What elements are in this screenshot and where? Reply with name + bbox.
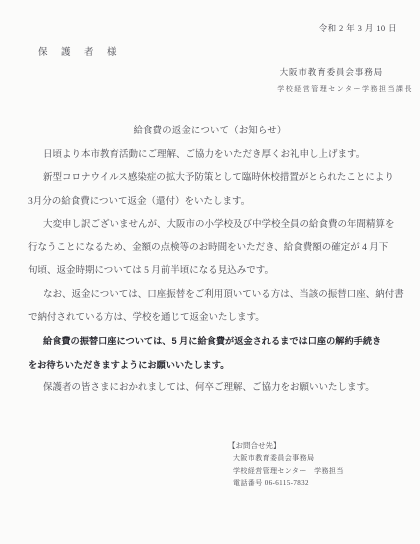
body-line: 大変申し訳ございませんが、大阪市の小学校及び中学校全員の給食費の年間精算を [28,214,410,237]
body-line: 行なうことになるため、金額の点検等のお時間をいただき、給食費額の確定が 4 月下 [28,237,410,260]
body-line: 新型コロナウイルス感染症の拡大予防策として臨時休校措置がとられたことにより [28,167,410,190]
body-text: 日頃より本市教育活動にご理解、ご協力をいただき厚くお礼申し上げます。新型コロナウ… [28,144,410,400]
contact-heading: 【お問合せ先】 [228,440,344,452]
body-line: なお、返金については、口座振替をご利用頂いている方は、当該の振替口座、納付書 [28,284,410,307]
body-line: 給食費の振替口座については、5 月に給食費が返金されるまでは口座の解約手続き [28,330,410,353]
body-line: 日頃より本市教育活動にご理解、ご協力をいただき厚くお礼申し上げます。 [28,144,410,167]
body-line: 旬頃、返金時期については 5 月前半頃になる見込みです。 [28,260,410,283]
body-line: 保護者の皆さまにおかれましては、何卒ご理解、ご協力をお願いいたします。 [28,377,410,400]
sender-department: 学校経営管理センター学務担当課長 [277,84,413,94]
contact-line: 大阪市教育委員会事務局 [233,452,344,464]
recipient: 保 護 者 様 [38,44,119,58]
body-line: 3月分の給食費について返金（還付）をいたします。 [28,191,410,214]
contact-line: 電話番号 06-6115-7832 [233,477,344,489]
contact-line: 学校経営管理センター 学務担当 [233,465,344,477]
body-line: をお待ちいただきますようにお願いいたします。 [28,354,410,377]
contact-lines: 大阪市教育委員会事務局学校経営管理センター 学務担当電話番号 06-6115-7… [233,452,344,489]
contact-block: 【お問合せ先】 大阪市教育委員会事務局学校経営管理センター 学務担当電話番号 0… [228,440,344,490]
document-date: 令和 2 年 3 月 10 日 [319,22,397,34]
body-line: で納付されている方は、学校を通じて返金いたします。 [28,307,410,330]
sender-organization: 大阪市教育委員会事務局 [280,66,383,78]
letter-page: 令和 2 年 3 月 10 日 保 護 者 様 大阪市教育委員会事務局 学校経営… [0,0,420,544]
document-title: 給食費の返金について（お知らせ） [0,122,420,136]
